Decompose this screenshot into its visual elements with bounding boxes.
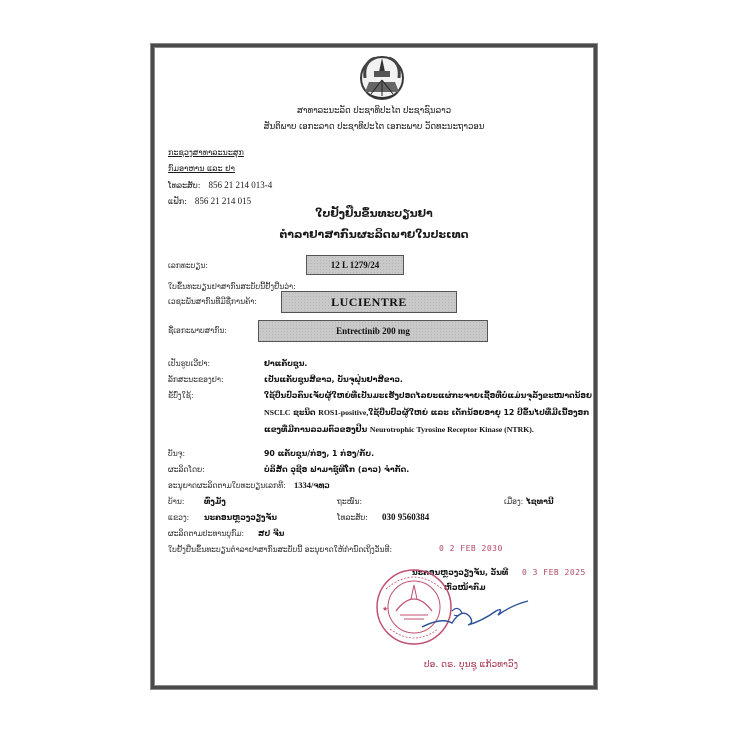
appearance-value: ເປັນແຄັບຊູນສີຂາວ, ບັນຈຸຝຸ່ນຢາສີຂາວ.: [264, 375, 403, 384]
generic-label: ຊື່ເອກະພາບສາກົນ:: [168, 326, 227, 335]
svg-text:★: ★: [382, 605, 388, 613]
packaging-value: 90 ແຄັບຊູນ/ກ່ອງ, 1 ກ່ອງ/ກັບ.: [264, 449, 374, 458]
packaging-label: ບັນຈຸ:: [168, 449, 185, 458]
validity-date-stamp: 0 2 FEB 2030: [439, 544, 503, 553]
district-value: ໄຊທານີ: [526, 497, 554, 506]
indication-ntrk: Neurotrophic Tyrosine Receptor Kinase (N…: [370, 425, 534, 434]
indication-line-3: ແຂງທີ່ມີການລວມຕົວຂອງຢີນ Neurotrophic Tyr…: [264, 425, 534, 434]
dosage-form-label: ເປັນຮູບເວີຢາ:: [168, 359, 210, 368]
origin-value: ສປ ຈີນ: [258, 529, 284, 538]
indication-fusion-text: ແຂງທີ່ມີການລວມຕົວຂອງຢີນ: [264, 425, 370, 434]
phone-label: ໂທລະສັບ:: [337, 513, 368, 522]
brand-label: ເວຊະພັນສາກົນທີ່ມີຊື່ການຄ້າ:: [168, 297, 257, 306]
village-value: ທົ່ງມັງ: [204, 497, 226, 506]
signer-name: ປອ. ດຣ. ບຸນຊູ ແກ້ວທາວົງ: [424, 660, 518, 670]
license-value: 1334/ຈທວ: [294, 480, 330, 491]
indication-type-text: ຊະນິດ: [290, 408, 318, 417]
phone-value: 030 9560384: [382, 512, 429, 522]
registration-number-label: ເລກທະບຽນ:: [168, 261, 208, 270]
issuer-telephone: ໂທລະສັບ:856 21 214 013-4: [168, 180, 272, 190]
national-motto: ສັນຕິພາບ ເອກະລາດ ປະຊາທິປະໄຕ ເອກະພາບ ວັດທ…: [154, 122, 594, 132]
certify-text: ໃບຂຶ້ນທະບຽນຢາສາກົນສະບັບນີ້ຢັ້ງຢືນວ່າ:: [168, 282, 296, 291]
license-label: ອະນຸຍາດຜະລິດຕາມໃບທະບຽນເລກທີ:: [168, 481, 286, 490]
province-label: ແຂວງ:: [168, 513, 189, 522]
dosage-form-value: ຢາແຄັບຊູນ.: [264, 359, 307, 368]
validity-text: ໃບຢັ້ງຢືນຂຶ້ນທະບຽນຕຳລາຢາສາກົນສະບັບນີ້ ອະ…: [168, 545, 392, 554]
village-label: ບ້ານ:: [168, 497, 184, 506]
district-label: ເມືອງ:: [504, 497, 523, 506]
tel-value: 856 21 214 013-4: [209, 180, 273, 190]
issuer-fax: ແຟັກ:856 21 214 015: [168, 196, 251, 206]
tel-label: ໂທລະສັບ:: [168, 181, 201, 190]
country-name: ສາທາລະນະລັດ ປະຊາທິປະໄຕ ປະຊາຊົນລາວ: [154, 106, 594, 116]
fax-label: ແຟັກ:: [168, 197, 187, 206]
indication-nsclc: NSCLC: [264, 408, 290, 417]
appearance-label: ລັກສະນະຂອງຢາ:: [168, 375, 224, 384]
indication-age-text: ໃຊ້ປິ່ນປົວຜູ້ໃຫຍ່ ແລະ ເດັກນ້ອຍອາຍຸ 12 ປີ…: [368, 408, 589, 417]
document-title: ໃບຢັ້ງຢືນຂຶ້ນທະບຽນຢາ: [154, 207, 594, 220]
manufacturer-label: ຜະລິດໂດຍ:: [168, 465, 205, 474]
registration-number-box: 12 L 1279/24: [306, 255, 404, 275]
document-subtitle: ຕຳລາຢາສາກົນຜະລິດພາຍໃນປະເທດ: [154, 228, 594, 241]
issue-date-stamp: 0 3 FEB 2025: [522, 568, 586, 577]
handwritten-signature-icon: [412, 587, 532, 637]
certificate-frame: ສາທາລະນະລັດ ປະຊາທິປະໄຕ ປະຊາຊົນລາວ ສັນຕິພ…: [151, 44, 597, 689]
indication-line-2: NSCLC ຊະນິດ ROS1-positive,ໃຊ້ປິ່ນປົວຜູ້ໃ…: [264, 408, 589, 417]
manufacturer-value: ບໍລິສັດ ວຸຊີອ ຟາມາຊູ໌ທີໂກ (ລາວ) ຈຳກັດ.: [264, 465, 409, 474]
origin-label: ຜະລິດຕາມປະທານບຸກົມ:: [168, 529, 244, 538]
indication-ros1: ROS1-positive,: [318, 408, 368, 417]
ministry-name: ກະຊວງສາທາລະນະສຸກ: [168, 148, 244, 157]
indication-line-1: ໃຊ້ປິ່ນປົວຄົນເຈັບຜູ້ໃຫຍ່ທີ່ເປັນມະເຮັງປອດ…: [264, 391, 592, 400]
department-name: ກົມອາຫານ ແລະ ຢາ: [168, 164, 235, 173]
indication-label: ຂໍ້ບົ່ງໃຊ້:: [168, 391, 194, 400]
province-value: ນະຄອນຫຼວງວຽງຈັນ: [204, 513, 277, 522]
generic-name-box: Entrectinib 200 mg: [258, 320, 488, 342]
brand-name-box: LUCIENTRE: [281, 291, 457, 313]
lao-national-emblem-icon: [359, 52, 405, 102]
fax-value: 856 21 214 015: [195, 196, 251, 206]
street-label: ຖະໜົນ:: [337, 497, 362, 506]
